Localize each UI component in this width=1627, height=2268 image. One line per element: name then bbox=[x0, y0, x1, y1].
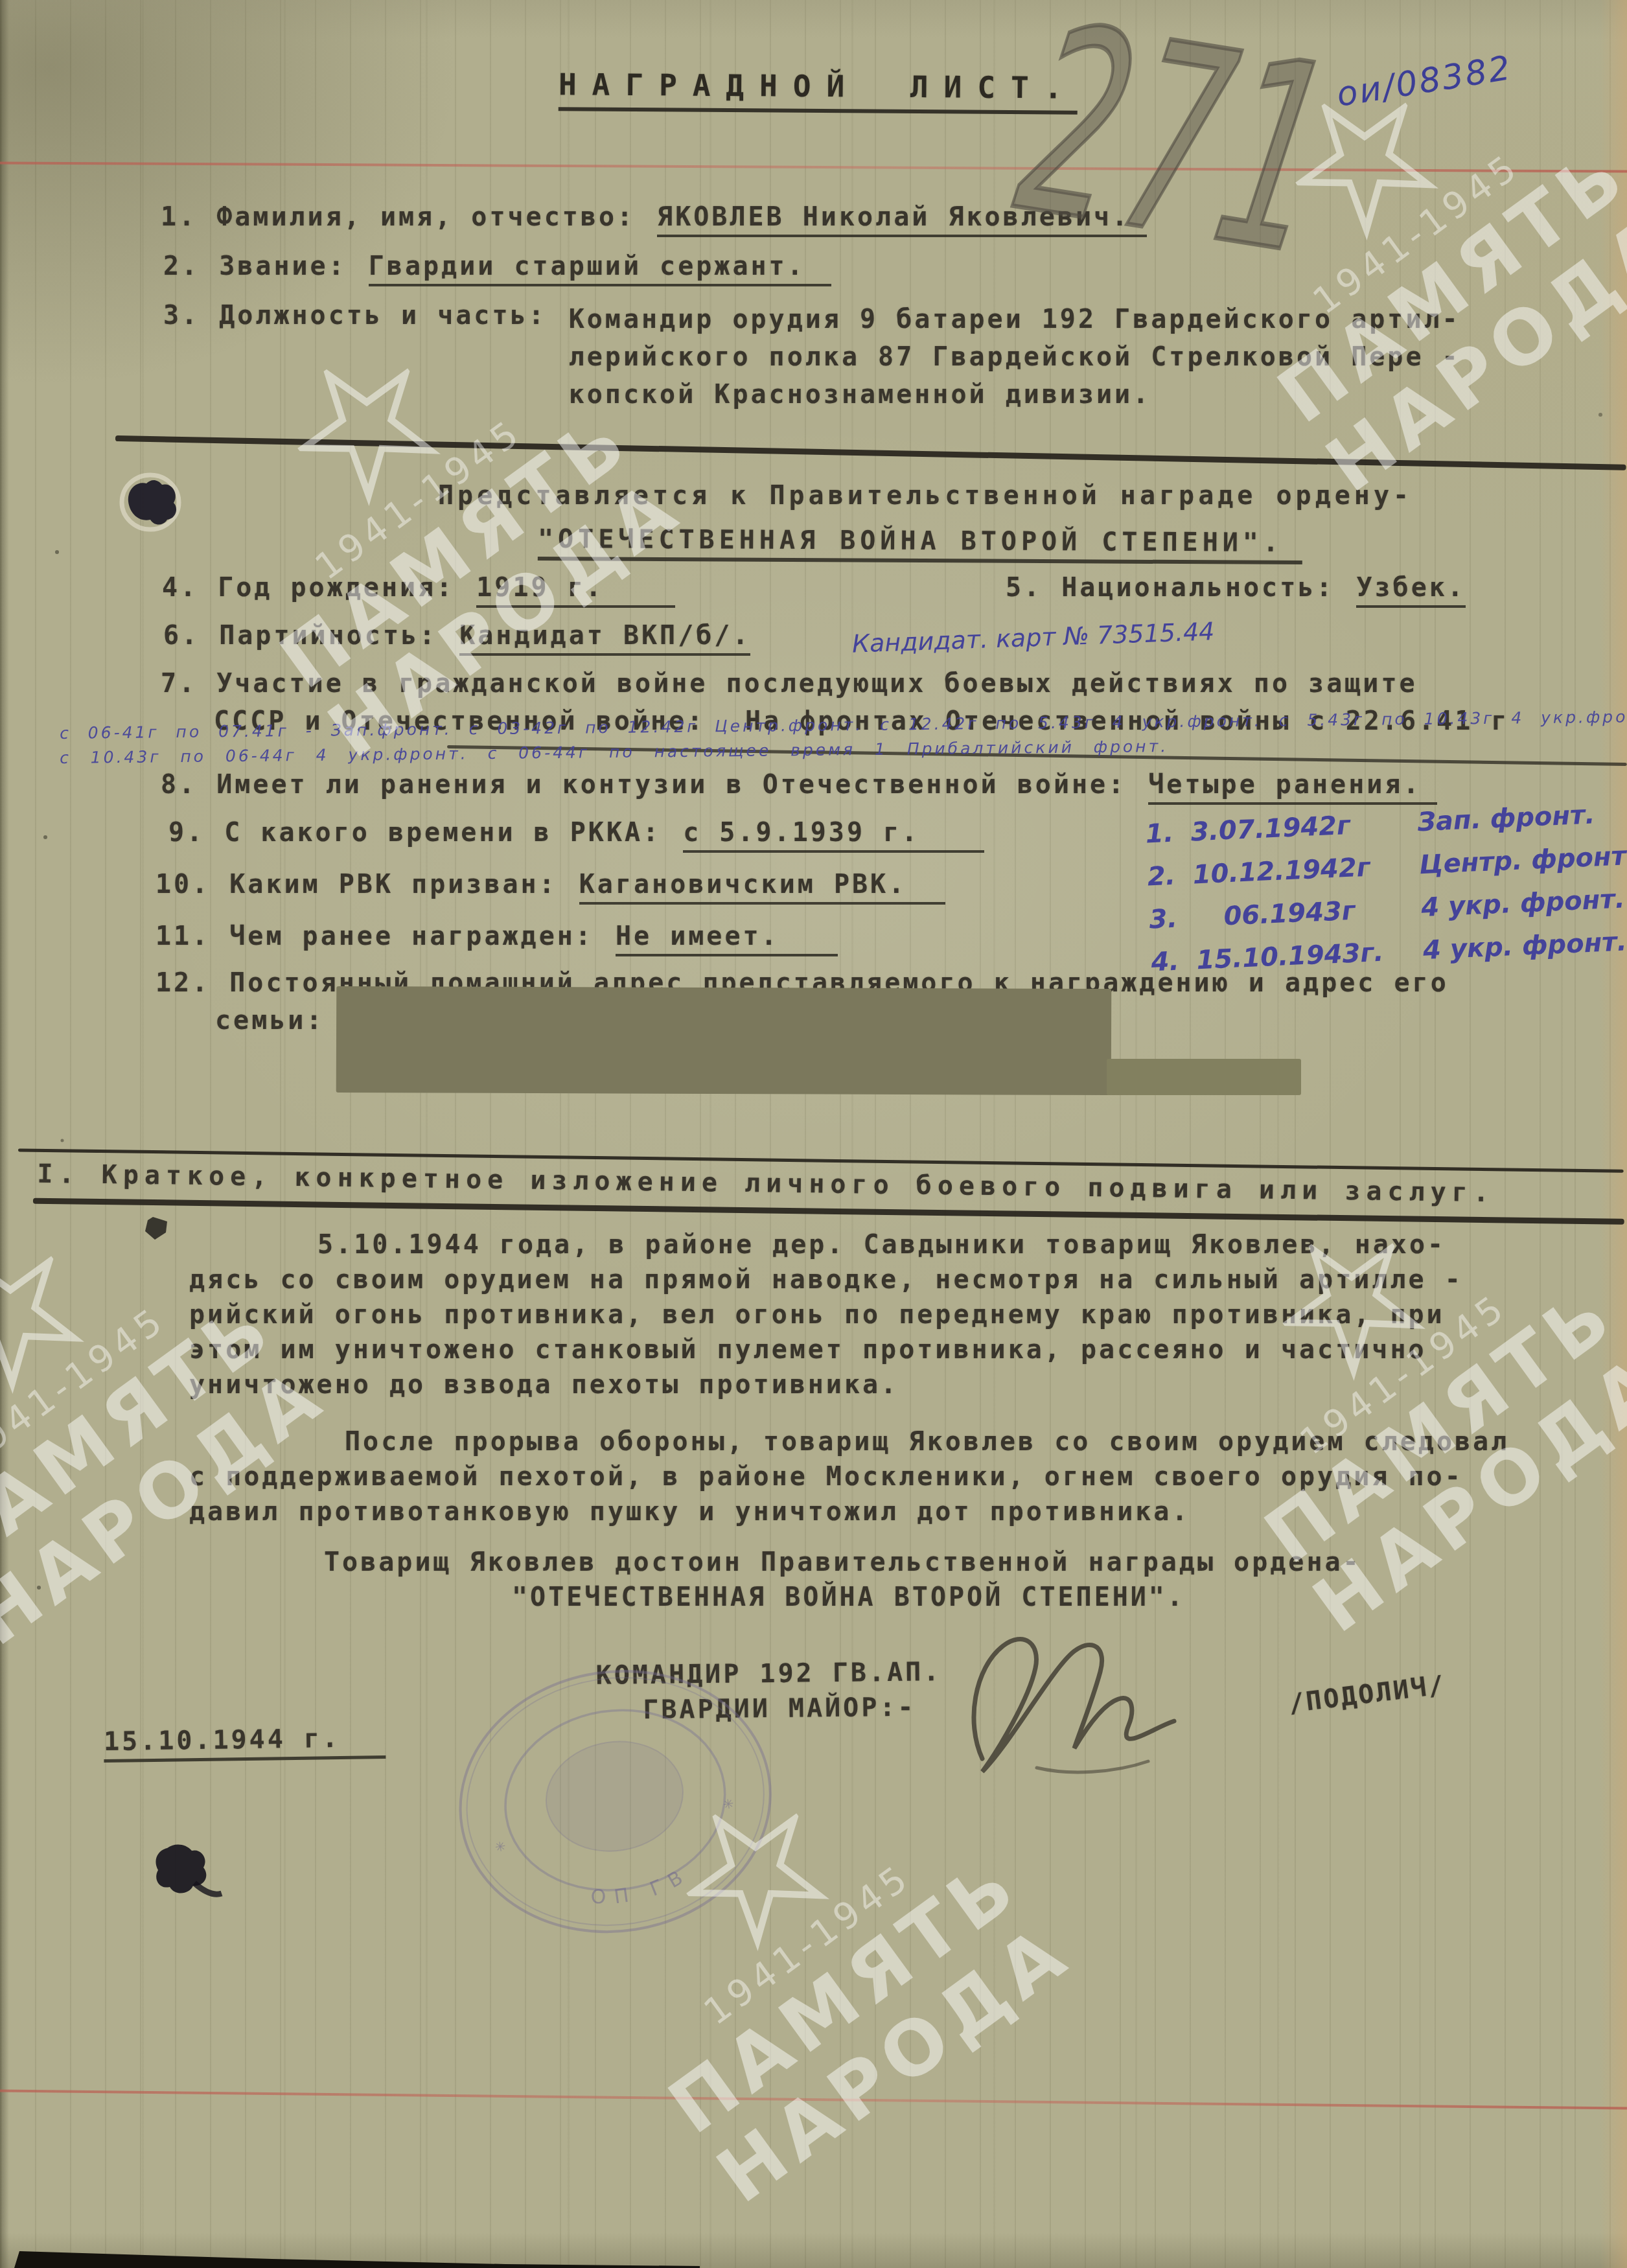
field-number: 3. bbox=[163, 301, 200, 330]
presentation-award-line: "ОТЕЧЕСТВЕННАЯ ВОЙНА ВТОРОЙ СТЕПЕНИ". bbox=[538, 524, 1302, 558]
wound-list: 1.3.07.1942гЗап. фронт. 2.10.12.1942гЦен… bbox=[1145, 792, 1627, 984]
field-label: Должность и часть: bbox=[219, 301, 546, 330]
field-birth-year: 4.Год рождения:1919 г. bbox=[162, 573, 675, 603]
stamp-arc-text: ОП ГВ bbox=[586, 1861, 697, 1914]
field-home-address-label2: семьи: bbox=[215, 1006, 325, 1036]
field-rank: 2.Звание:Гвардии старший сержант. bbox=[163, 251, 831, 281]
page-title: НАГРАДНОЙ ЛИСТ. bbox=[559, 67, 1078, 106]
field-previous-awards: 11.Чем ранее награжден:Не имеет. bbox=[156, 921, 838, 951]
field-label: Фамилия, имя, отчество: bbox=[216, 202, 635, 232]
field-label: Национальность: bbox=[1061, 573, 1334, 603]
field-value: Кандидат ВКП/б/. bbox=[459, 621, 750, 656]
fronts-note-line2: с 10.43г по 06-44г 4 укр.фронт. с 06-44г… bbox=[60, 737, 1168, 767]
presentation-line: Представляется к Правительственной награ… bbox=[438, 481, 1413, 511]
field-label: Чем ранее награжден: bbox=[229, 921, 594, 951]
stamp-star-icon: ✳ bbox=[722, 1793, 735, 1814]
field-label: Имеет ли ранения и контузии в Отечествен… bbox=[216, 770, 1126, 800]
field-value: с 5.9.1939 г. bbox=[683, 818, 984, 853]
party-card-note: Кандидат. карт № 73515.44 bbox=[851, 617, 1215, 658]
field-nationality: 5.Национальность:Узбек. bbox=[1006, 573, 1466, 603]
field-value: Не имеет. bbox=[616, 921, 838, 956]
ink-blot bbox=[194, 1883, 222, 1894]
divider-line bbox=[115, 435, 1626, 470]
redacted-address-block bbox=[336, 986, 1112, 1095]
field-value: Кагановичским РВК. bbox=[579, 870, 945, 905]
ink-blot bbox=[156, 1844, 206, 1893]
section1-heading-block: I. Краткое, конкретное изложение личного… bbox=[0, 1148, 1627, 1170]
citation-conclusion-line1: Товарищ Яковлев достоин Правительственно… bbox=[324, 1547, 1361, 1577]
field-number: 11. bbox=[156, 921, 210, 951]
field-value: Четыре ранения. bbox=[1148, 770, 1437, 805]
field-number: 1. bbox=[161, 202, 197, 232]
star-icon bbox=[0, 1218, 104, 1408]
field-number: 2. bbox=[163, 251, 200, 281]
red-rule-bottom bbox=[0, 2089, 1627, 2109]
round-stamp: ОП ГВ ✳ ✳ bbox=[415, 1633, 816, 1996]
field-value: Командир орудия 9 батареи 192 Гвардейско… bbox=[569, 301, 1460, 413]
field-number: 10. bbox=[156, 870, 210, 899]
ink-blot bbox=[128, 480, 176, 525]
citation-paragraph-2: После прорыва обороны, товарищ Яковлев с… bbox=[189, 1424, 1627, 1529]
field-wounds: 8.Имеет ли ранения и контузии в Отечеств… bbox=[161, 770, 1437, 800]
field-label: Звание: bbox=[219, 251, 347, 281]
field-number: 12. bbox=[156, 968, 210, 998]
field-label: С какого времени в РККА: bbox=[224, 818, 661, 848]
ink-blot bbox=[145, 1217, 167, 1240]
archive-number-ink: ои/08382 bbox=[1334, 49, 1515, 115]
signature-autograph bbox=[920, 1606, 1225, 1807]
page-title-text: НАГРАДНОЙ ЛИСТ. bbox=[559, 67, 1078, 115]
field-number: 8. bbox=[161, 770, 197, 800]
stamp-star-icon: ✳ bbox=[494, 1836, 507, 1857]
field-value: Гвардии старший сержант. bbox=[369, 251, 831, 286]
field-drafted-by: 10.Каким РВК призван:Кагановичским РВК. bbox=[156, 870, 945, 899]
field-party: 6.Партийность:Кандидат ВКП/б/. bbox=[163, 621, 750, 651]
field-number: 5. bbox=[1006, 573, 1042, 603]
field-number: 9. bbox=[168, 818, 205, 848]
field-label: Год рождения: bbox=[218, 573, 454, 603]
field-number: 6. bbox=[163, 621, 200, 651]
award-sheet-document: 1941-1945 ПАМЯТЬ НАРОДА 1941-1945 ПАМЯТЬ… bbox=[0, 0, 1627, 2268]
field-number: 4. bbox=[162, 573, 198, 603]
award-name: "ОТЕЧЕСТВЕННАЯ ВОЙНА ВТОРОЙ СТЕПЕНИ". bbox=[538, 524, 1302, 564]
field-rkka-since: 9.С какого времени в РККА:с 5.9.1939 г. bbox=[168, 818, 984, 848]
archive-number-pencil: 271 bbox=[988, 0, 1363, 290]
document-date: 15.10.1944 г. bbox=[104, 1723, 386, 1757]
page-bottom-shadow bbox=[14, 2251, 700, 2268]
field-label: Участие в гражданской войне последующих … bbox=[216, 669, 1417, 699]
field-label: Каким РВК призван: bbox=[229, 870, 557, 899]
field-label: Партийность: bbox=[219, 621, 437, 651]
citation-paragraph-1: 5.10.1944 года, в районе дер. Савдыники … bbox=[189, 1227, 1627, 1402]
field-value: Узбек. bbox=[1356, 573, 1466, 608]
red-rule-top bbox=[0, 161, 1627, 172]
field-number: 7. bbox=[161, 669, 197, 699]
redacted-address-block bbox=[1107, 1059, 1301, 1095]
field-position-unit: 3.Должность и часть:Командир орудия 9 ба… bbox=[163, 301, 1460, 413]
field-war-participation: 7.Участие в гражданской войне последующи… bbox=[161, 669, 1418, 699]
field-value: 1919 г. bbox=[476, 573, 675, 608]
commander-name: /ПОДОЛИЧ/ bbox=[1287, 1670, 1448, 1718]
